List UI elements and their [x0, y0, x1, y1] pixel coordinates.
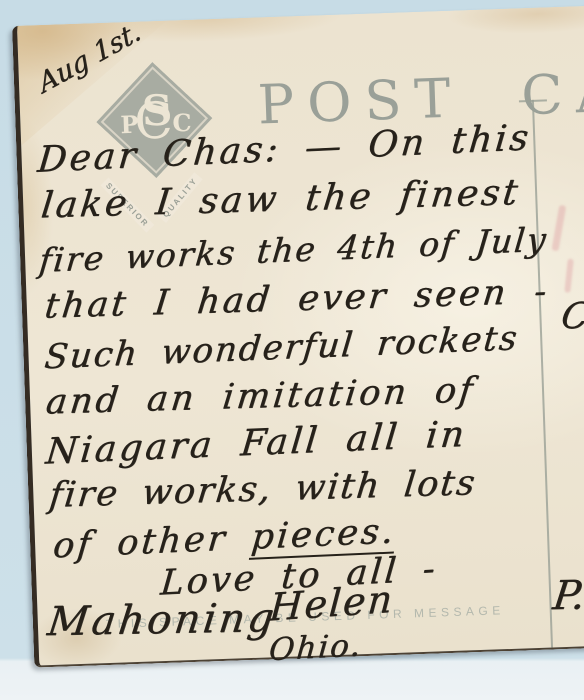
message-line: fire works, with lots: [47, 463, 478, 516]
place-line-2: Ohio.: [267, 627, 363, 668]
address-initial: P.: [550, 573, 584, 620]
stamp-remnant: [564, 258, 574, 292]
postcard-photo: POST CA P C S C SUPERIOR QUALITY THIS SP…: [0, 0, 584, 700]
message-line-text: of other: [51, 518, 253, 567]
message-line: and an imitation of: [44, 370, 477, 422]
address-fragment: Ch: [558, 296, 584, 337]
place-line: Mahoning: [45, 595, 279, 645]
stamp-remnant: [551, 205, 566, 252]
signature: Helen: [268, 577, 396, 630]
divider-line: [532, 100, 553, 648]
logo-monogram-s: S: [141, 85, 173, 135]
message-line: Niagara Fall all in: [44, 414, 469, 473]
message-line: Such wonderful rockets: [43, 318, 521, 377]
postcard: POST CA P C S C SUPERIOR QUALITY THIS SP…: [12, 4, 584, 668]
message-line: that I had ever seen -: [43, 272, 552, 327]
message-line: fire works the 4th of July: [37, 220, 549, 280]
